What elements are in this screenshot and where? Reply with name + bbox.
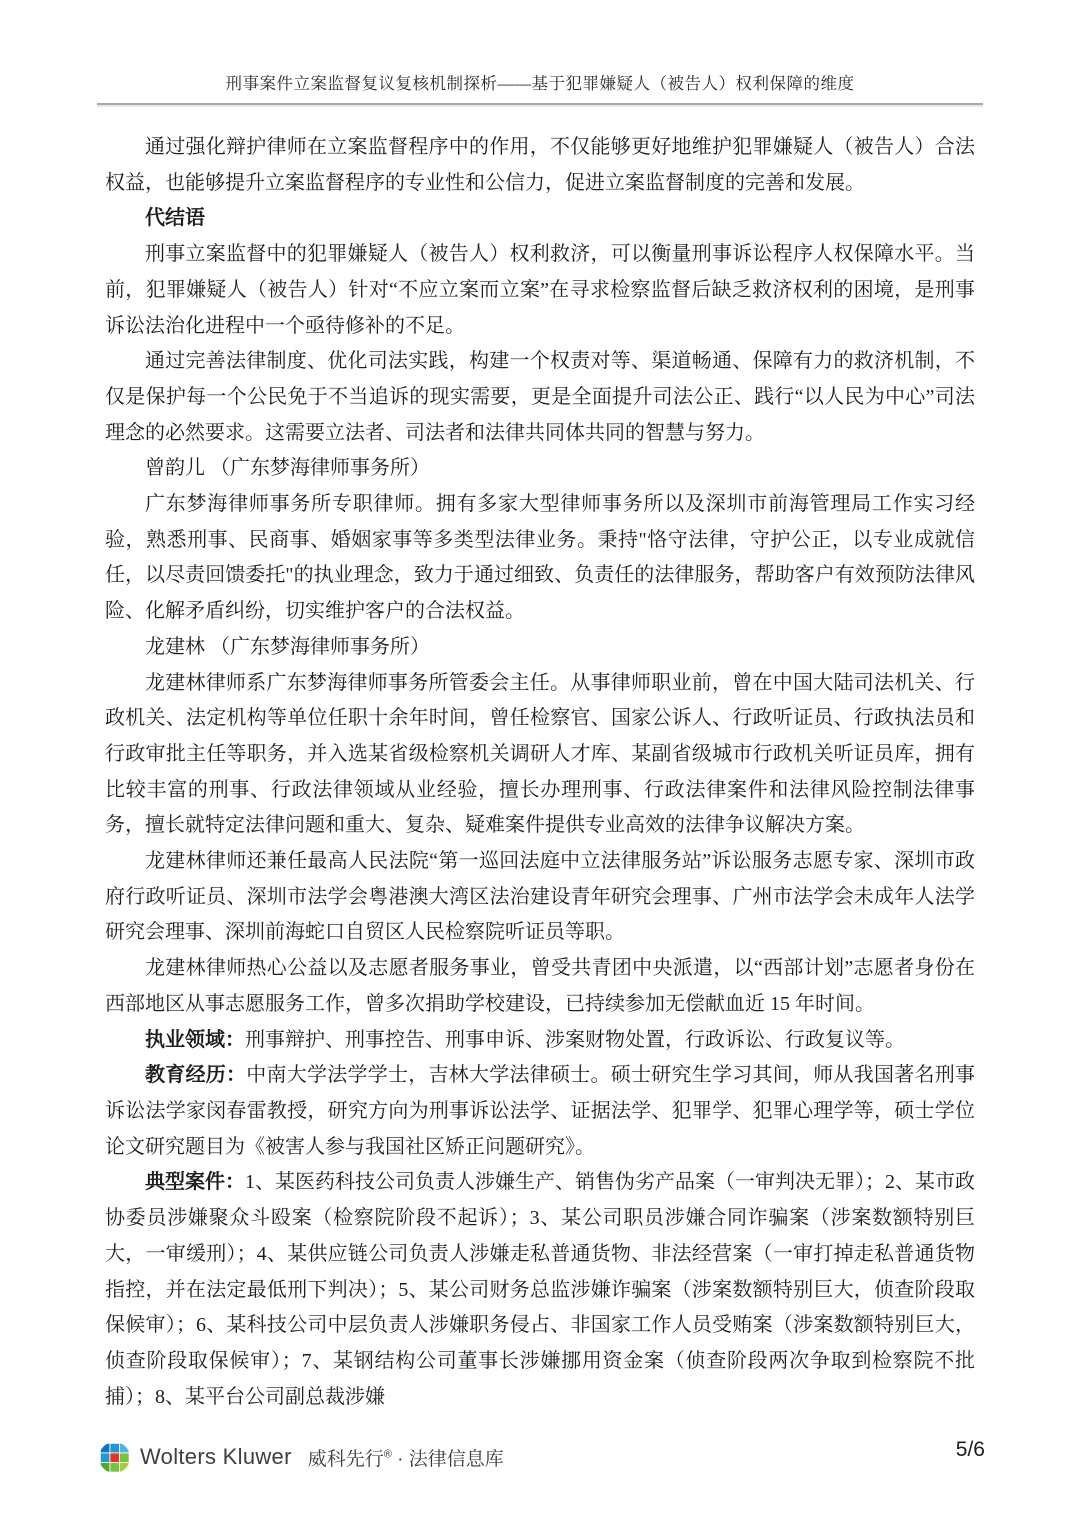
page-header: 刑事案件立案监督复议复核机制探析——基于犯罪嫌疑人（被告人）权利保障的维度 — [0, 0, 1080, 105]
document-page: 刑事案件立案监督复议复核机制探析——基于犯罪嫌疑人（被告人）权利保障的维度 通过… — [0, 0, 1080, 1527]
paragraph-conclusion-1: 刑事立案监督中的犯罪嫌疑人（被告人）权利救济，可以衡量刑事诉讼程序人权保障水平。… — [105, 237, 975, 344]
brand-lockup: Wolters Kluwer 威科先行® · 法律信息库 — [98, 1441, 504, 1474]
brand-product: 威科先行® · 法律信息库 — [308, 1444, 504, 1471]
paragraph-practice-areas: 执业领域：刑事辩护、刑事控告、刑事申诉、涉案财物处置，行政诉讼、行政复议等。 — [105, 1023, 975, 1059]
brand-product-suffix: · 法律信息库 — [397, 1449, 504, 1470]
page-footer: Wolters Kluwer 威科先行® · 法律信息库 5/6 — [98, 1438, 985, 1476]
paragraph-text: 代结语 — [145, 207, 205, 229]
paragraph-bio-longjianlin-2: 龙建林律师还兼任最高人民法院“第一巡回法庭中立法律服务站”诉讼服务志愿专家、深圳… — [105, 844, 975, 951]
paragraph-typical-cases: 典型案件：1、某医药科技公司负责人涉嫌生产、销售伪劣产品案（一审判决无罪）；2、… — [105, 1165, 975, 1415]
paragraph-bio-zengyuner: 广东梦海律师事务所专职律师。拥有多家大型律师事务所以及深圳市前海管理局工作实习经… — [105, 487, 975, 630]
paragraph-text: 刑事立案监督中的犯罪嫌疑人（被告人）权利救济，可以衡量刑事诉讼程序人权保障水平。… — [105, 243, 975, 336]
paragraph-text: 龙建林 （广东梦海律师事务所） — [145, 636, 430, 658]
paragraph-text: 龙建林律师热心公益以及志愿者服务事业，曾受共青团中央派遣，以“西部计划”志愿者身… — [105, 957, 975, 1015]
author-name-longjianlin: 龙建林 （广东梦海律师事务所） — [105, 630, 975, 666]
paragraph-text: 通过完善法律制度、优化司法实践，构建一个权责对等、渠道畅通、保障有力的救济机制，… — [105, 350, 975, 443]
paragraph-text: 龙建林律师还兼任最高人民法院“第一巡回法庭中立法律服务站”诉讼服务志愿专家、深圳… — [105, 850, 975, 943]
paragraph-text: 通过强化辩护律师在立案监督程序中的作用，不仅能够更好地维护犯罪嫌疑人（被告人）合… — [105, 136, 975, 194]
paragraph-label: 执业领域： — [145, 1029, 245, 1051]
paragraph-lawyer-role: 通过强化辩护律师在立案监督程序中的作用，不仅能够更好地维护犯罪嫌疑人（被告人）合… — [105, 130, 975, 201]
wolters-kluwer-logo-icon — [98, 1441, 131, 1474]
registered-trademark-icon: ® — [384, 1448, 392, 1460]
author-name-zengyuner: 曾韵儿 （广东梦海律师事务所） — [105, 451, 975, 487]
document-body: 通过强化辩护律师在立案监督程序中的作用，不仅能够更好地维护犯罪嫌疑人（被告人）合… — [105, 130, 975, 1415]
paragraph-bio-longjianlin-3: 龙建林律师热心公益以及志愿者服务事业，曾受共青团中央派遣，以“西部计划”志愿者身… — [105, 951, 975, 1022]
running-header-title: 刑事案件立案监督复议复核机制探析——基于犯罪嫌疑人（被告人）权利保障的维度 — [0, 0, 1080, 94]
paragraph-label: 教育经历： — [145, 1064, 246, 1086]
paragraph-text: 龙建林律师系广东梦海律师事务所管委会主任。从事律师职业前，曾在中国大陆司法机关、… — [105, 672, 975, 837]
paragraph-conclusion-2: 通过完善法律制度、优化司法实践，构建一个权责对等、渠道畅通、保障有力的救济机制，… — [105, 344, 975, 451]
paragraph-education: 教育经历：中南大学法学学士，吉林大学法律硕士。硕士研究生学习其间，师从我国著名刑… — [105, 1058, 975, 1165]
paragraph-text: 广东梦海律师事务所专职律师。拥有多家大型律师事务所以及深圳市前海管理局工作实习经… — [105, 493, 975, 622]
paragraph-label: 典型案件： — [145, 1171, 245, 1193]
brand-name: Wolters Kluwer — [140, 1444, 292, 1470]
brand-product-name: 威科先行 — [308, 1449, 384, 1470]
paragraph-text: 曾韵儿 （广东梦海律师事务所） — [145, 457, 430, 479]
paragraph-text: 刑事辩护、刑事控告、刑事申诉、涉案财物处置，行政诉讼、行政复议等。 — [245, 1029, 905, 1051]
page-number: 5/6 — [956, 1438, 985, 1476]
paragraph-bio-longjianlin-1: 龙建林律师系广东梦海律师事务所管委会主任。从事律师职业前，曾在中国大陆司法机关、… — [105, 666, 975, 845]
section-heading-conclusion: 代结语 — [105, 201, 975, 237]
paragraph-text: 1、某医药科技公司负责人涉嫌生产、销售伪劣产品案（一审判决无罪）；2、某市政协委… — [105, 1171, 975, 1407]
header-divider — [97, 103, 983, 105]
